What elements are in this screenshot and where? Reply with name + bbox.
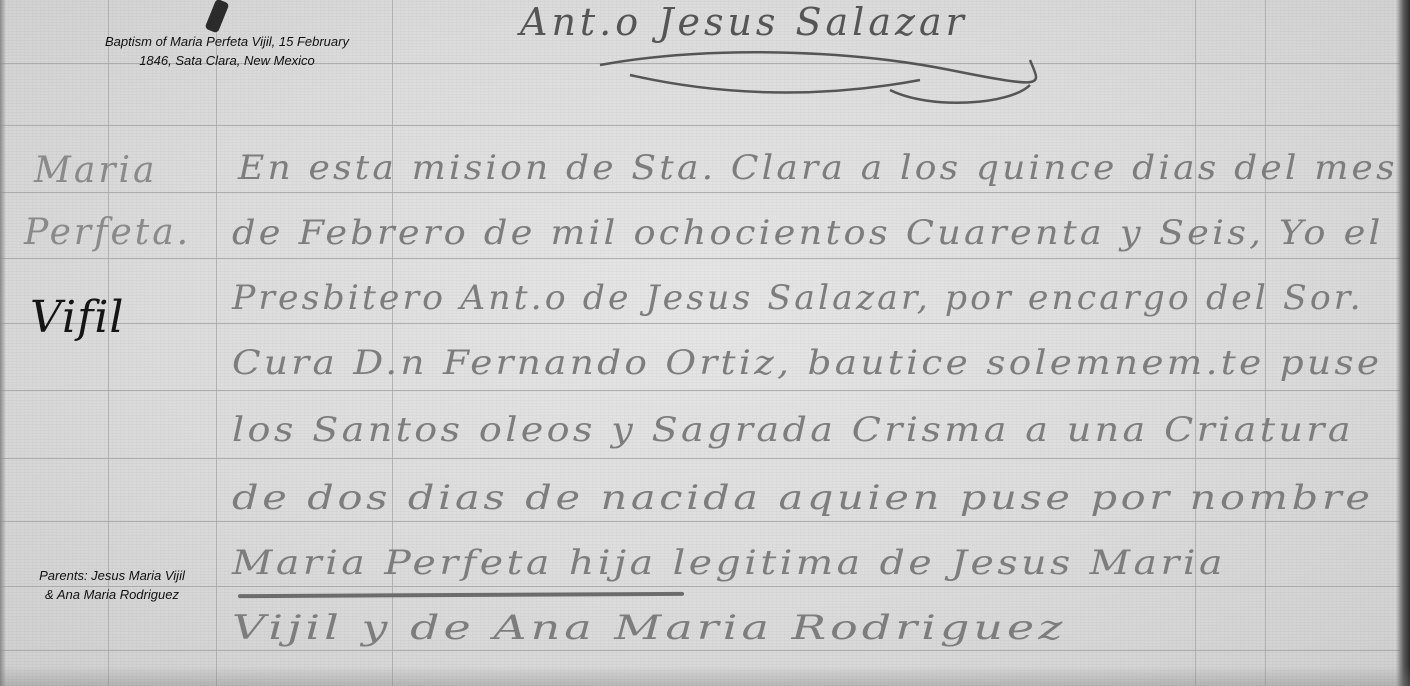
entry-line-7: Maria Perfeta hija legitima de Jesus Mar…: [232, 543, 1226, 583]
ruled-line: [0, 586, 1400, 587]
ruled-line: [0, 125, 1400, 126]
page-edge-bottom: [0, 666, 1410, 686]
name-underline: [238, 592, 684, 598]
document-scan: Ant.o Jesus Salazar Baptism of Maria Per…: [0, 0, 1410, 686]
image-caption-parents: Parents: Jesus Maria Vijil & Ana Maria R…: [14, 566, 210, 604]
margin-name-first: Maria: [34, 150, 158, 191]
entry-line-2: de Febrero de mil ochocientos Cuarenta y…: [232, 213, 1384, 253]
ruled-line: [0, 650, 1400, 651]
entry-line-5: los Santos oleos y Sagrada Crisma a una …: [232, 410, 1354, 450]
entry-line-1: En esta mision de Sta. Clara a los quinc…: [238, 148, 1398, 188]
page-edge-left: [0, 0, 6, 686]
column-rule: [216, 0, 217, 686]
ruled-line: [0, 521, 1400, 522]
ink-stroke: [205, 0, 230, 33]
ruled-line: [0, 192, 1400, 193]
margin-annotation-surname: Vifil: [30, 292, 125, 343]
entry-line-4: Cura D.n Fernando Ortiz, bautice solemne…: [232, 343, 1382, 383]
ruled-line: [0, 258, 1400, 259]
priest-signature: Ant.o Jesus Salazar: [520, 0, 968, 44]
image-caption-title: Baptism of Maria Perfeta Vijil, 15 Febru…: [74, 32, 380, 70]
margin-name-second: Perfeta.: [24, 212, 191, 253]
entry-line-3: Presbitero Ant.o de Jesus Salazar, por e…: [232, 278, 1364, 318]
ruled-line: [0, 323, 1400, 324]
ruled-line: [0, 390, 1400, 391]
caption-parents-line-1: Parents: Jesus Maria Vijil: [14, 566, 210, 585]
page-edge-right: [1396, 0, 1410, 686]
signature-flourish-icon: [590, 40, 1050, 110]
caption-title-line-2: 1846, Sata Clara, New Mexico: [74, 51, 380, 70]
caption-title-line-1: Baptism of Maria Perfeta Vijil, 15 Febru…: [74, 32, 380, 51]
ruled-line: [0, 458, 1400, 459]
entry-line-6: de dos dias de nacida aquien puse por no…: [232, 478, 1374, 518]
entry-line-8: Vijil y de Ana Maria Rodriguez: [232, 608, 1066, 648]
caption-parents-line-2: & Ana Maria Rodriguez: [14, 585, 210, 604]
